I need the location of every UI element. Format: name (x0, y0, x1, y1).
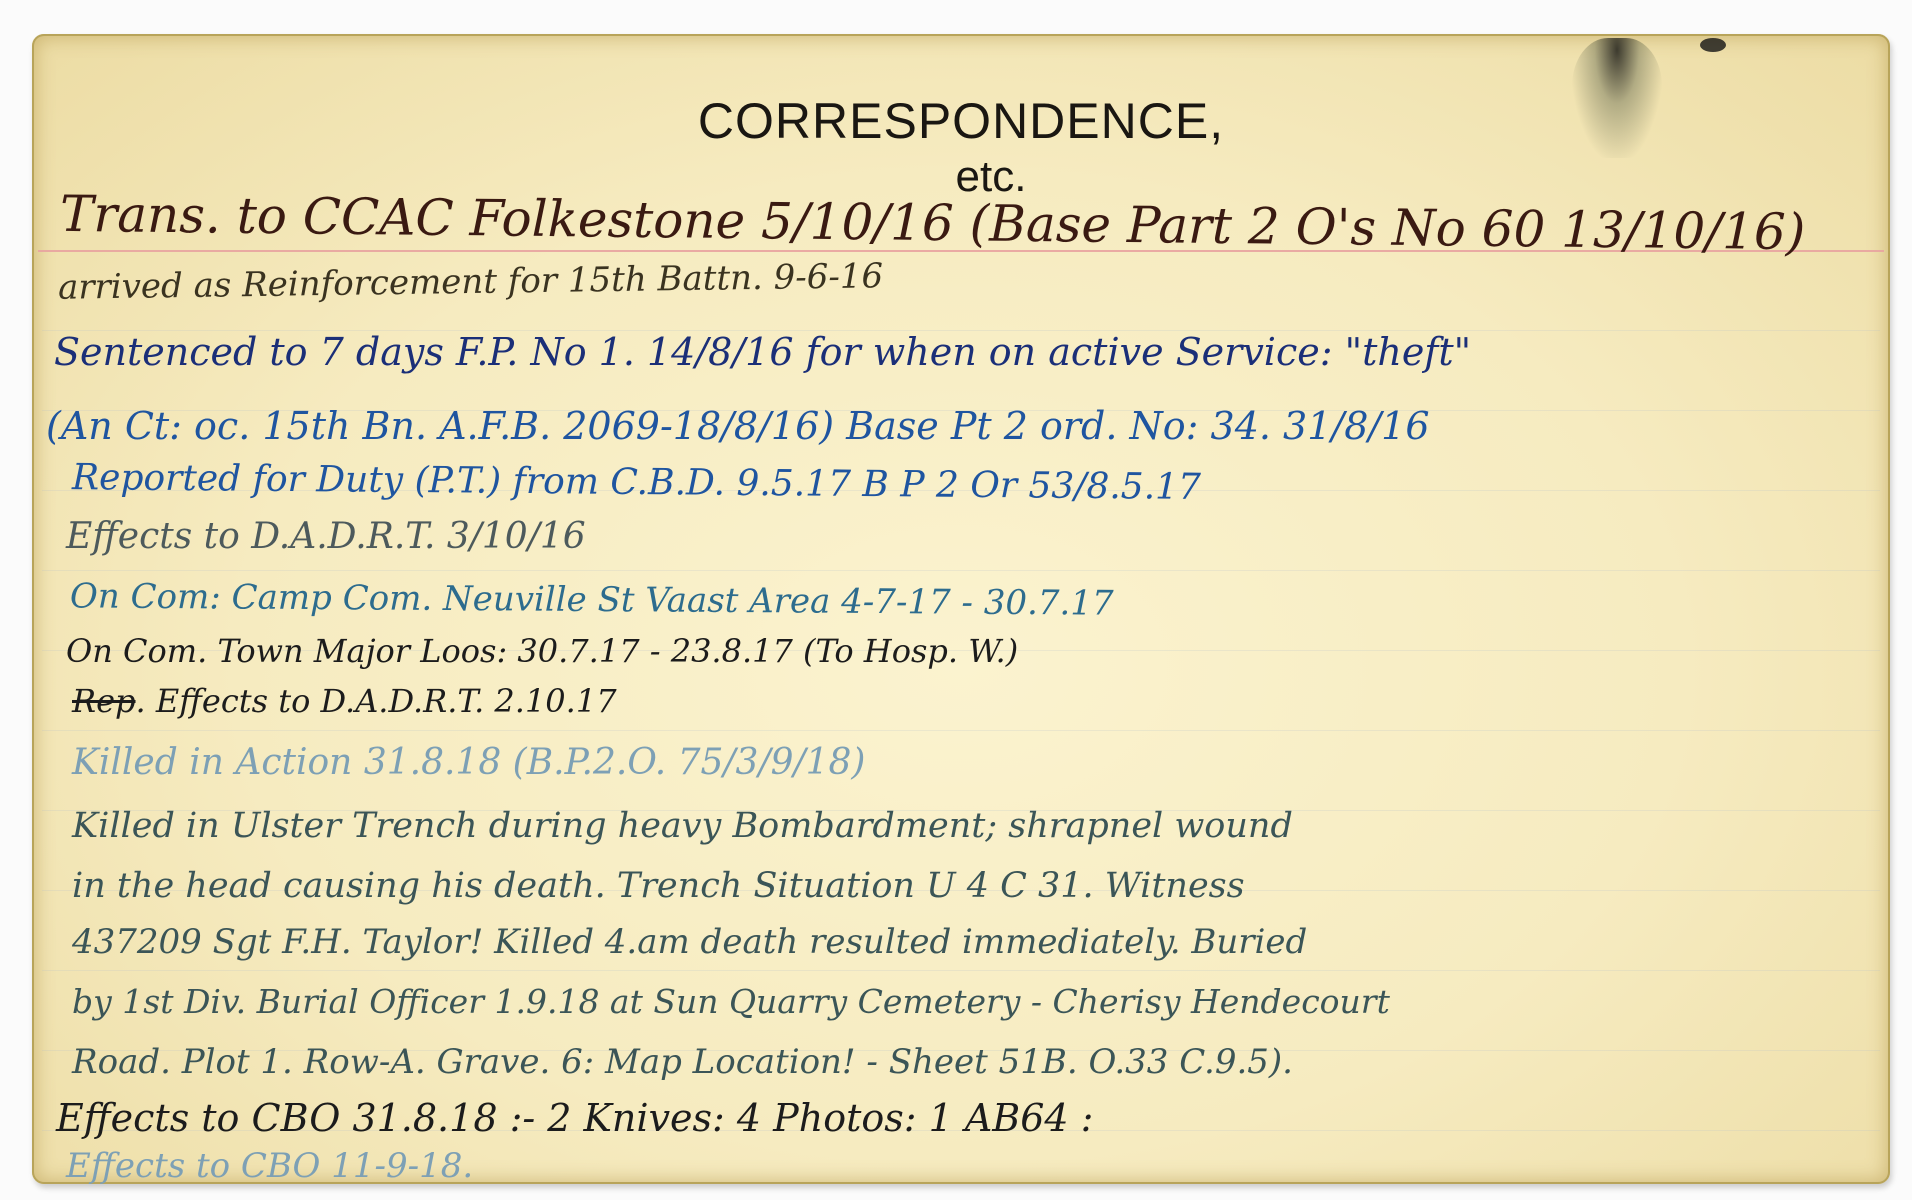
entry-effects-dadrt-2-row: Rep. Effects to D.A.D.R.T. 2.10.17 (72, 682, 617, 720)
entry-effects-dadrt-2: . Effects to D.A.D.R.T. 2.10.17 (136, 682, 617, 720)
ruled-line (42, 970, 1880, 971)
entry-details-2: in the head causing his death. Trench Si… (72, 866, 1245, 906)
entry-details-3: 437209 Sgt F.H. Taylor! Killed 4.am deat… (72, 922, 1307, 962)
entry-base-part-2: (An Ct: oc. 15th Bn. A.F.B. 2069-18/8/16… (46, 404, 1430, 448)
card-heading: CORRESPONDENCE, (32, 92, 1890, 150)
entry-effects-cbo-2: Effects to CBO 11-9-18. (66, 1146, 473, 1186)
entry-on-com-town-major: On Com. Town Major Loos: 30.7.17 - 23.8.… (66, 632, 1018, 670)
entry-effects-cbo-1: Effects to CBO 31.8.18 :- 2 Knives: 4 Ph… (56, 1096, 1093, 1140)
correspondence-card: CORRESPONDENCE, etc. Trans. to CCAC Folk… (32, 34, 1890, 1184)
entry-sentenced: Sentenced to 7 days F.P. No 1. 14/8/16 f… (54, 330, 1471, 374)
entry-effects-dadrt-1: Effects to D.A.D.R.T. 3/10/16 (66, 516, 586, 557)
entry-killed-in-action: Killed in Action 31.8.18 (B.P.2.O. 75/3/… (72, 742, 865, 783)
entry-details-1: Killed in Ulster Trench during heavy Bom… (72, 806, 1293, 846)
ruled-line (42, 730, 1880, 731)
struck-prefix: Rep (72, 682, 136, 720)
scanned-record-page: CORRESPONDENCE, etc. Trans. to CCAC Folk… (0, 0, 1912, 1200)
entry-details-4: by 1st Div. Burial Officer 1.9.18 at Sun… (72, 982, 1390, 1021)
ruled-line (42, 570, 1880, 571)
ink-spot (1700, 38, 1726, 52)
entry-arrived-reinforcement: arrived as Reinforcement for 15th Battn.… (58, 256, 884, 308)
entry-details-5: Road. Plot 1. Row-A. Grave. 6: Map Locat… (72, 1042, 1293, 1082)
entry-on-com-camp: On Com: Camp Com. Neuville St Vaast Area… (70, 576, 1114, 623)
entry-reported-duty: Reported for Duty (P.T.) from C.B.D. 9.5… (72, 457, 1201, 508)
